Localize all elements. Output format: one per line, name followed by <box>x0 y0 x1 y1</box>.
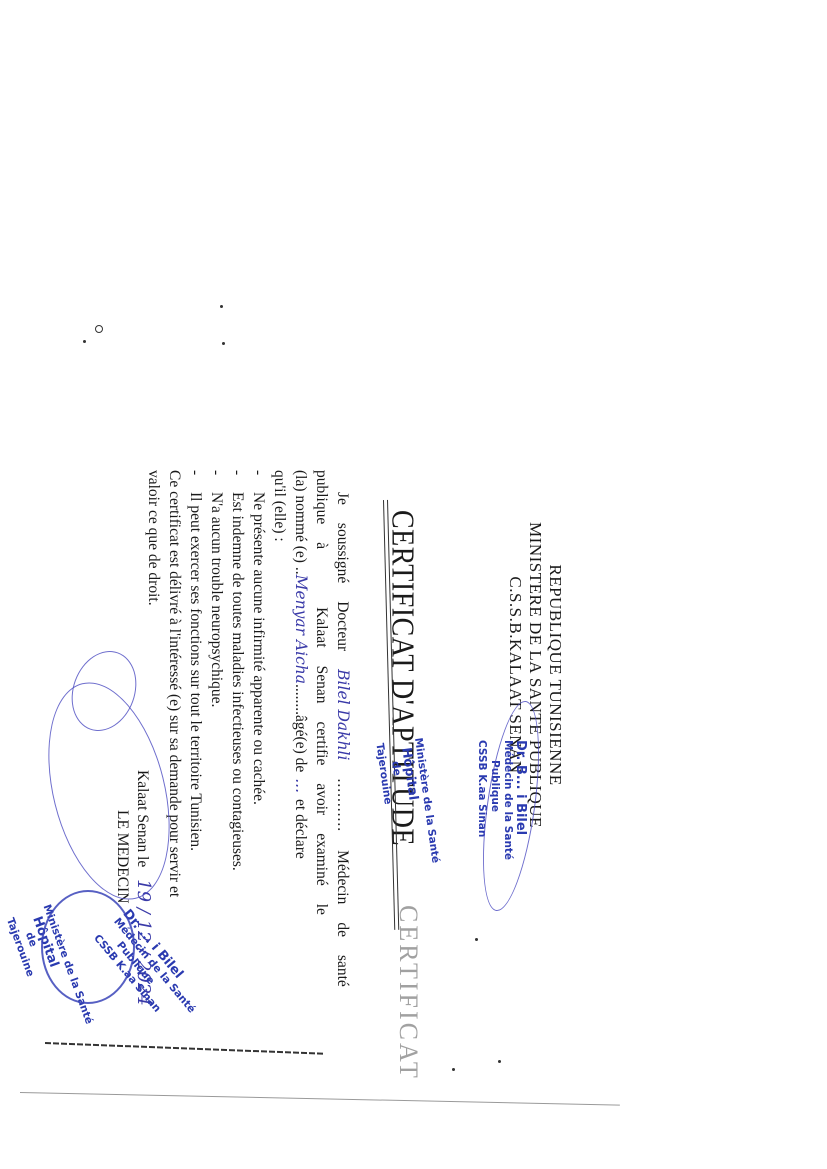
word: Kalaat <box>311 607 332 647</box>
stamp-ring-bottom <box>41 890 135 1004</box>
word: Senan <box>311 666 332 704</box>
patient-name-handwritten: Menyar Aicha <box>290 575 311 684</box>
word: Médecin <box>332 850 353 904</box>
scan-speck <box>83 340 86 343</box>
bullet-text: N'a aucun trouble neuropsychique. <box>206 492 227 707</box>
body-line-2: publique à Kalaat Senan certifie avoir e… <box>311 470 332 1090</box>
word: soussigné <box>332 523 353 583</box>
word: santé <box>332 955 353 987</box>
bullet-item: -Est indemne de toutes maladies infectie… <box>227 470 248 1090</box>
bullet-item: -Ne présente aucune infirmité apparente … <box>248 470 269 1090</box>
word: avoir <box>311 783 332 815</box>
age-handwritten: ... <box>290 778 311 793</box>
word: publique <box>311 470 332 524</box>
dotted-fill: ........... <box>332 778 353 832</box>
text: (la) nommé (e) .. <box>290 470 311 575</box>
word: le <box>311 904 332 915</box>
word: Je <box>332 492 353 505</box>
doctor-name-handwritten: Bilel Dakhli <box>332 669 353 760</box>
word: de <box>332 922 353 937</box>
bullet-text: Il peut exercer ses fonctions sur tout l… <box>185 492 206 851</box>
scan-speck <box>220 305 223 308</box>
word: examiné <box>311 833 332 886</box>
text: et déclare <box>290 799 311 859</box>
bullet-item: -N'a aucun trouble neuropsychique. <box>206 470 227 1090</box>
text: ........âgé(e) de <box>290 684 311 772</box>
scan-speck <box>95 325 103 333</box>
body-line-1: Je soussigné Docteur Bilel Dakhli ......… <box>332 470 353 1090</box>
word: certifie <box>311 721 332 765</box>
word: à <box>311 542 332 549</box>
bullet-text: Est indemne de toutes maladies infectieu… <box>227 492 248 871</box>
hospital-stamp-top: Ministère de la Santé Hôpital de Tajerou… <box>372 737 441 869</box>
body-line-4: qu'il (elle) : <box>269 470 290 1090</box>
document-title-ghost: CERTIFICAT <box>393 905 423 1081</box>
header-republic: REPUBLIQUE TUNISIENNE <box>545 510 565 840</box>
certificate-page: REPUBLIQUE TUNISIENNE MINISTERE DE LA SA… <box>135 410 575 1090</box>
body-line-3: (la) nommé (e) .. Menyar Aicha ........â… <box>290 470 311 1090</box>
word: Docteur <box>332 601 353 651</box>
bullet-text: Ne présente aucune infirmité apparente o… <box>248 492 269 805</box>
scan-speck <box>222 342 225 345</box>
